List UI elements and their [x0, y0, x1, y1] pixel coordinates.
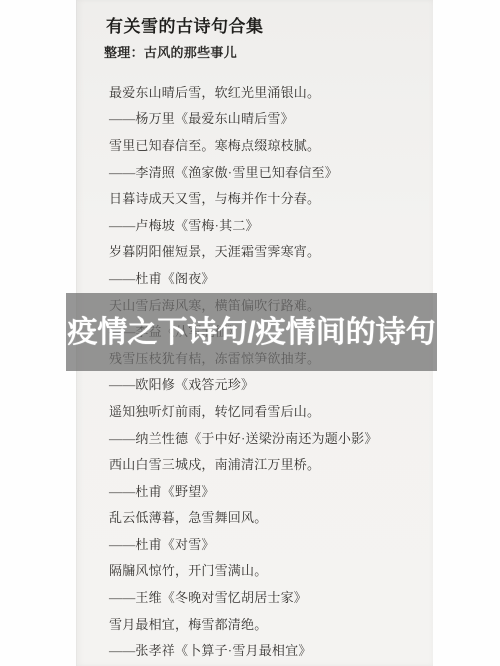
poem-line: ——杜甫《对雪》	[109, 530, 427, 557]
page-title: 有关雪的古诗句合集	[106, 12, 264, 37]
watermark-overlay: 疫情之下诗句/疫情间的诗句	[66, 293, 437, 371]
poem-line: 雪里已知春信至。寒梅点缀琼枝腻。	[109, 131, 427, 158]
poem-line: 岁暮阴阳催短景，天涯霜雪霁寒宵。	[109, 238, 427, 265]
poem-line: ——王维《冬晚对雪忆胡居士家》	[109, 583, 427, 610]
poem-line: 日暮诗成天又雪，与梅并作十分春。	[109, 184, 427, 211]
poem-line: 隔牖风惊竹，开门雪满山。	[109, 557, 427, 584]
poem-line: 乱云低薄暮，急雪舞回风。	[109, 504, 427, 531]
curator-line: 整理：古风的那些事儿	[104, 42, 237, 61]
poem-line: ——杨万里《最爱东山晴后雪》	[109, 105, 427, 132]
poem-line: 雪月最相宜，梅雪都清绝。	[109, 610, 427, 637]
poem-line: 遥知独听灯前雨，转忆同看雪后山。	[109, 397, 427, 424]
poem-line: ——卢梅坡《雪梅·其二》	[109, 211, 427, 238]
poem-line: 最爱东山晴后雪，软红光里涌银山。	[109, 78, 427, 105]
poem-line: ——张孝祥《卜算子·雪月最相宜》	[109, 636, 427, 663]
poem-line: ——欧阳修《戏答元珍》	[109, 371, 427, 398]
poem-line: 西山白雪三城戍，南浦清江万里桥。	[109, 450, 427, 477]
poem-line: ——杜甫《野望》	[109, 477, 427, 504]
poem-line: ——杜甫《阁夜》	[109, 264, 427, 291]
poem-line: ——李清照《渔家傲·雪里已知春信至》	[109, 158, 427, 185]
screenshot-canvas: 有关雪的古诗句合集 整理：古风的那些事儿 最爱东山晴后雪，软红光里涌银山。——杨…	[0, 0, 500, 666]
watermark-text: 疫情之下诗句/疫情间的诗句	[66, 314, 437, 351]
poem-line: ——纳兰性德《于中好·送梁汾南还为题小影》	[109, 424, 427, 451]
